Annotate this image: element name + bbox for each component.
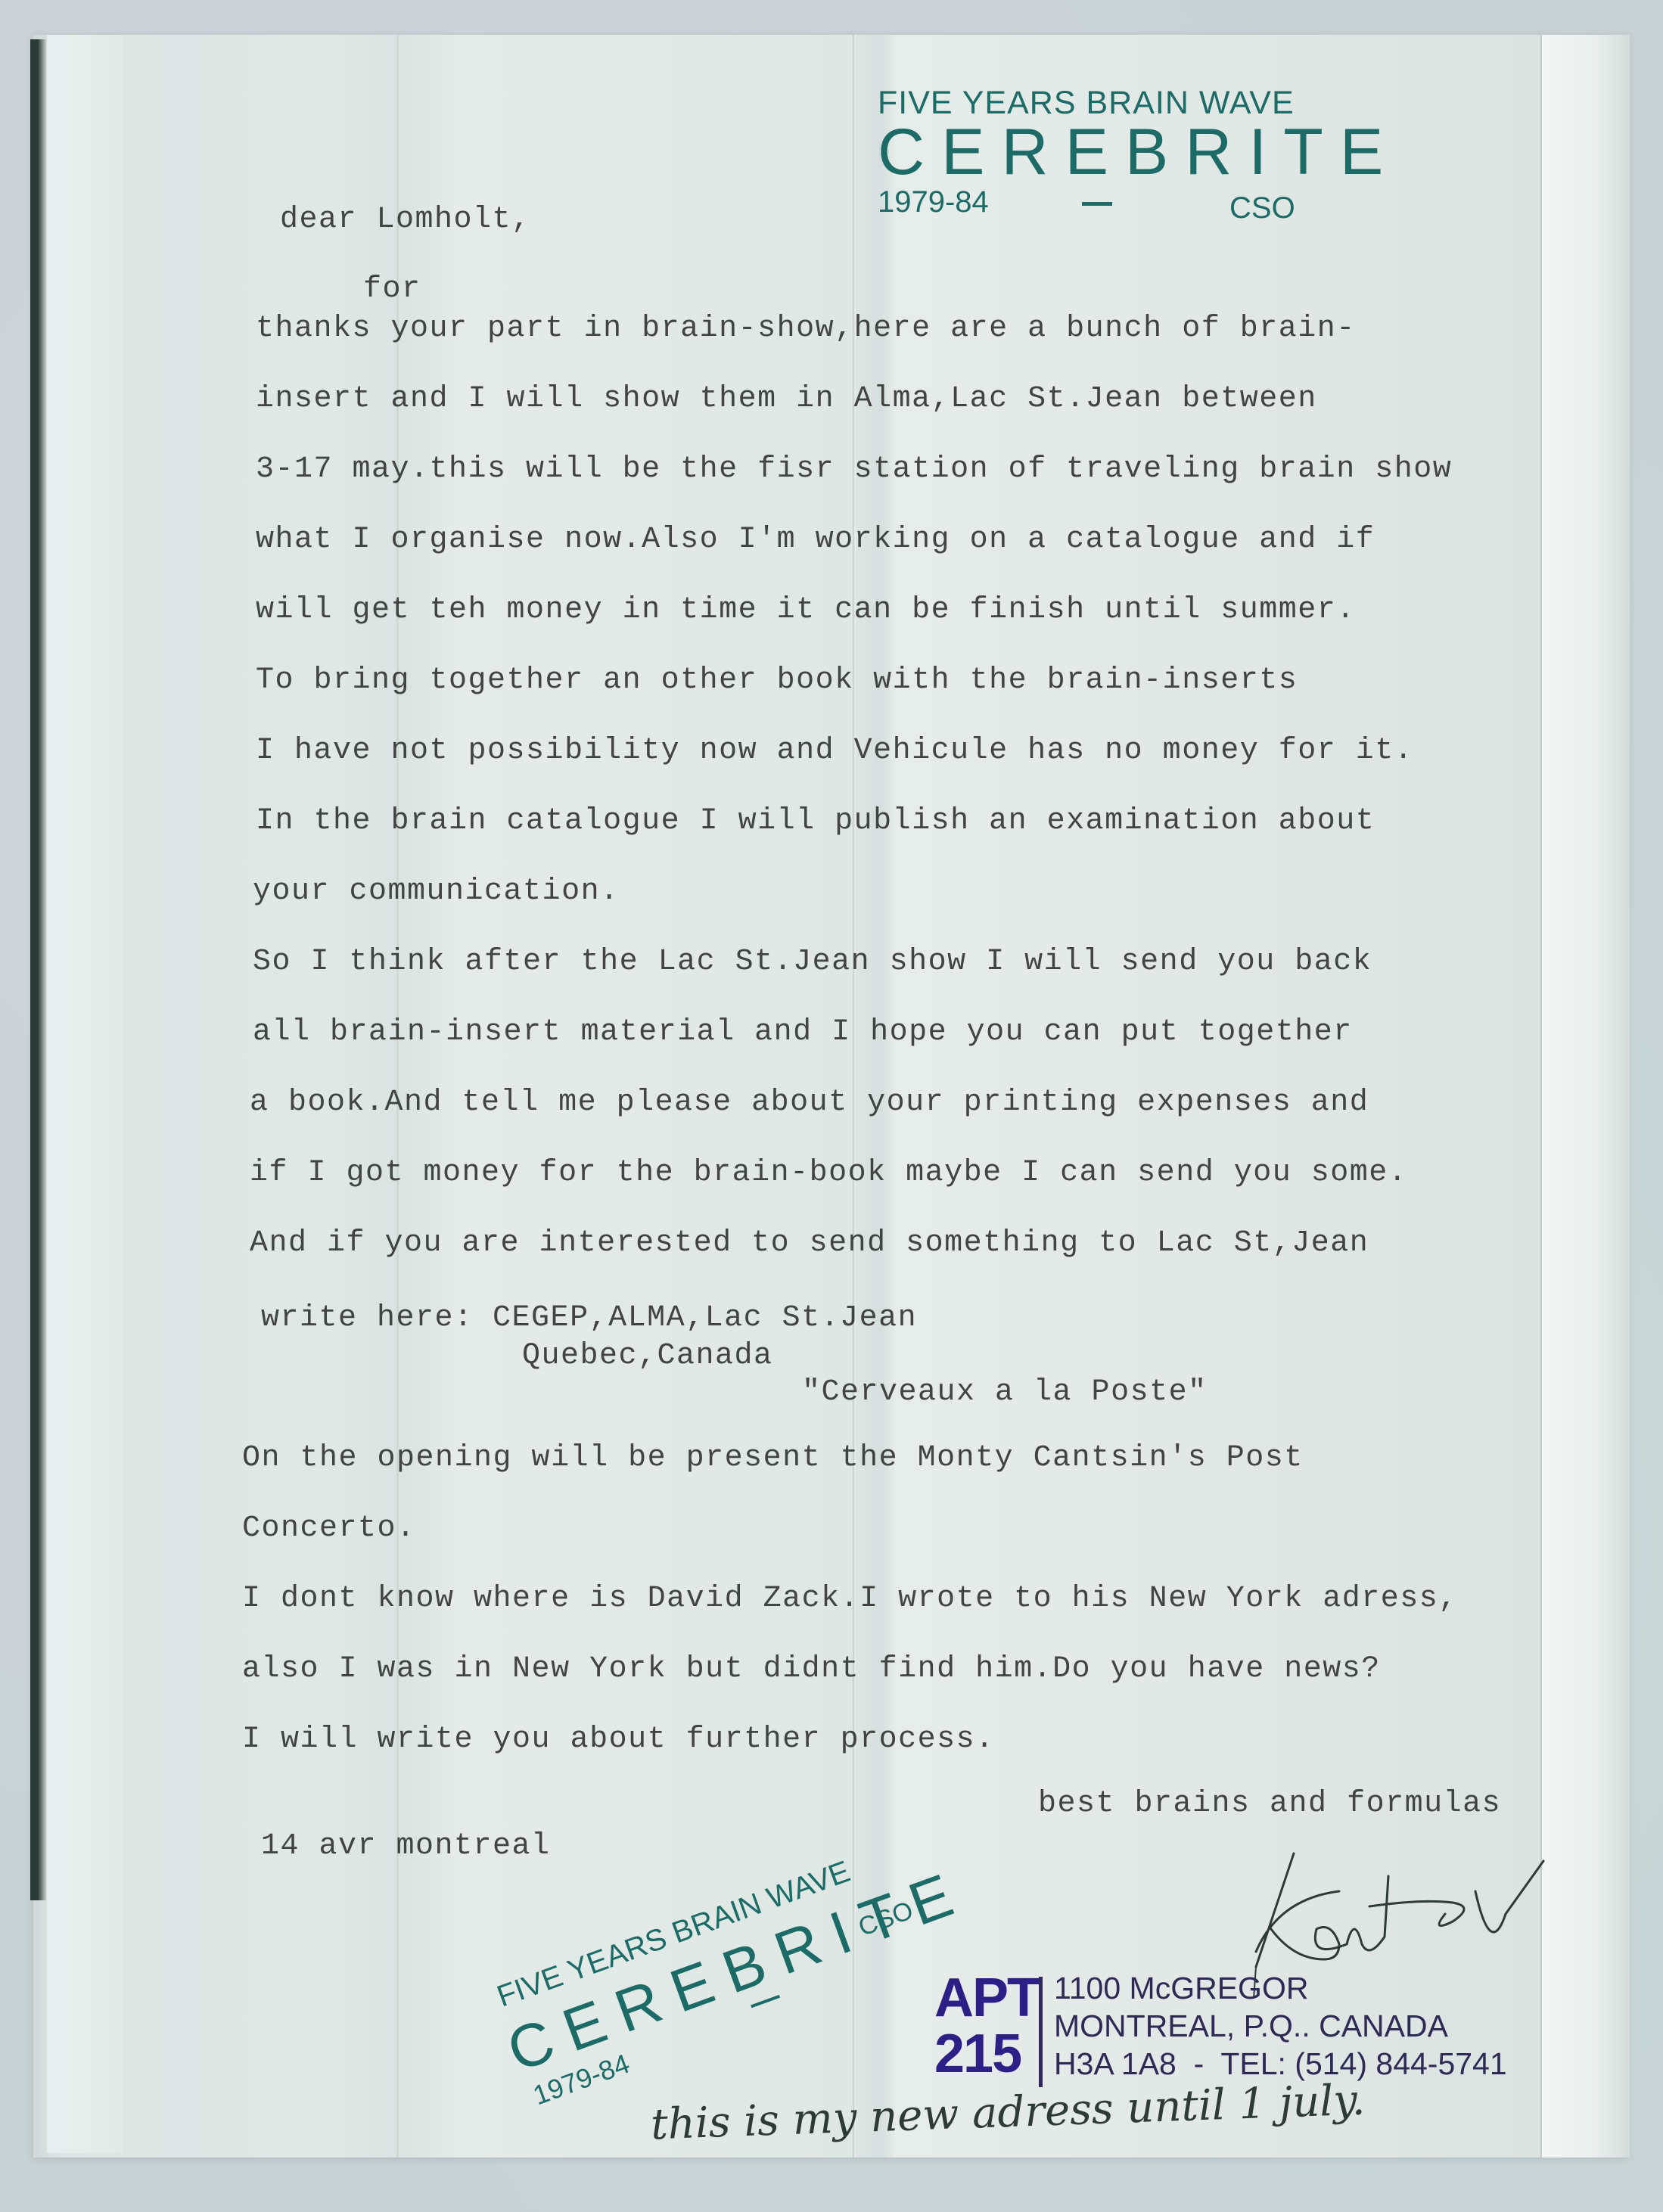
letter-line: On the opening will be present the Monty…	[242, 1441, 1304, 1475]
letter-line: what I organise now.Also I'm working on …	[256, 523, 1375, 557]
paper-fold-strip-right	[1540, 35, 1630, 2158]
letter-line: So I think after the Lac St.Jean show I …	[253, 945, 1372, 979]
apt-number: 215	[934, 2027, 1021, 2081]
letter-line: also I was in New York but didnt find hi…	[242, 1652, 1381, 1686]
stamp-dash	[1082, 202, 1112, 206]
address-postal-phone: H3A 1A8 - TEL: (514) 844-5741	[1054, 2046, 1507, 2082]
stamp-title: CEREBRITE	[878, 122, 1400, 182]
stamp-divider	[1039, 1977, 1043, 2087]
letter-line: a book.And tell me please about your pri…	[250, 1086, 1369, 1120]
address-line-2: Quebec,Canada	[522, 1339, 773, 1373]
letter-line: I have not possibility now and Vehicule …	[256, 734, 1413, 768]
salutation: dear Lomholt,	[280, 203, 531, 237]
letter-line: insert and I will show them in Alma,Lac …	[256, 382, 1317, 416]
paper-edge-shadow	[30, 39, 47, 1900]
letter-line: In the brain catalogue I will publish an…	[256, 804, 1375, 838]
address-label: write here: CEGEP,ALMA,Lac St.Jean	[261, 1301, 917, 1335]
letter-line: your communication.	[253, 875, 620, 909]
stamp-org: CSO	[1229, 191, 1295, 225]
inserted-word: for	[363, 272, 421, 306]
closing: best brains and formulas	[1038, 1787, 1501, 1821]
address-city: MONTREAL, P.Q.. CANADA	[1054, 2009, 1448, 2044]
stamp-year: 1979-84	[878, 185, 989, 219]
letter-line: thanks your part in brain-show,here are …	[256, 312, 1356, 346]
letter-line: Concerto.	[242, 1511, 416, 1546]
letter-line: if I got money for the brain-book maybe …	[250, 1156, 1407, 1190]
letter-line: I dont know where is David Zack.I wrote …	[242, 1582, 1458, 1616]
letter-line: And if you are interested to send someth…	[250, 1226, 1369, 1260]
address-line-3: "Cerveaux a la Poste"	[802, 1375, 1208, 1409]
letter-line: all brain-insert material and I hope you…	[253, 1015, 1353, 1049]
letter-line: will get teh money in time it can be fin…	[256, 593, 1356, 627]
letter-line: To bring together an other book with the…	[256, 663, 1298, 697]
letter-line: I will write you about further process.	[242, 1723, 995, 1757]
paper-fold-strip-left	[47, 35, 123, 2153]
letter-line: 3-17 may.this will be the fisr station o…	[256, 452, 1452, 486]
apt-label: APT	[934, 1971, 1039, 2025]
date-place: 14 avr montreal	[261, 1829, 551, 1863]
address-street: 1100 McGREGOR	[1054, 1971, 1308, 2006]
header-stamp: FIVE YEARS BRAIN WAVE CEREBRITE 1979-84 …	[878, 85, 1400, 220]
